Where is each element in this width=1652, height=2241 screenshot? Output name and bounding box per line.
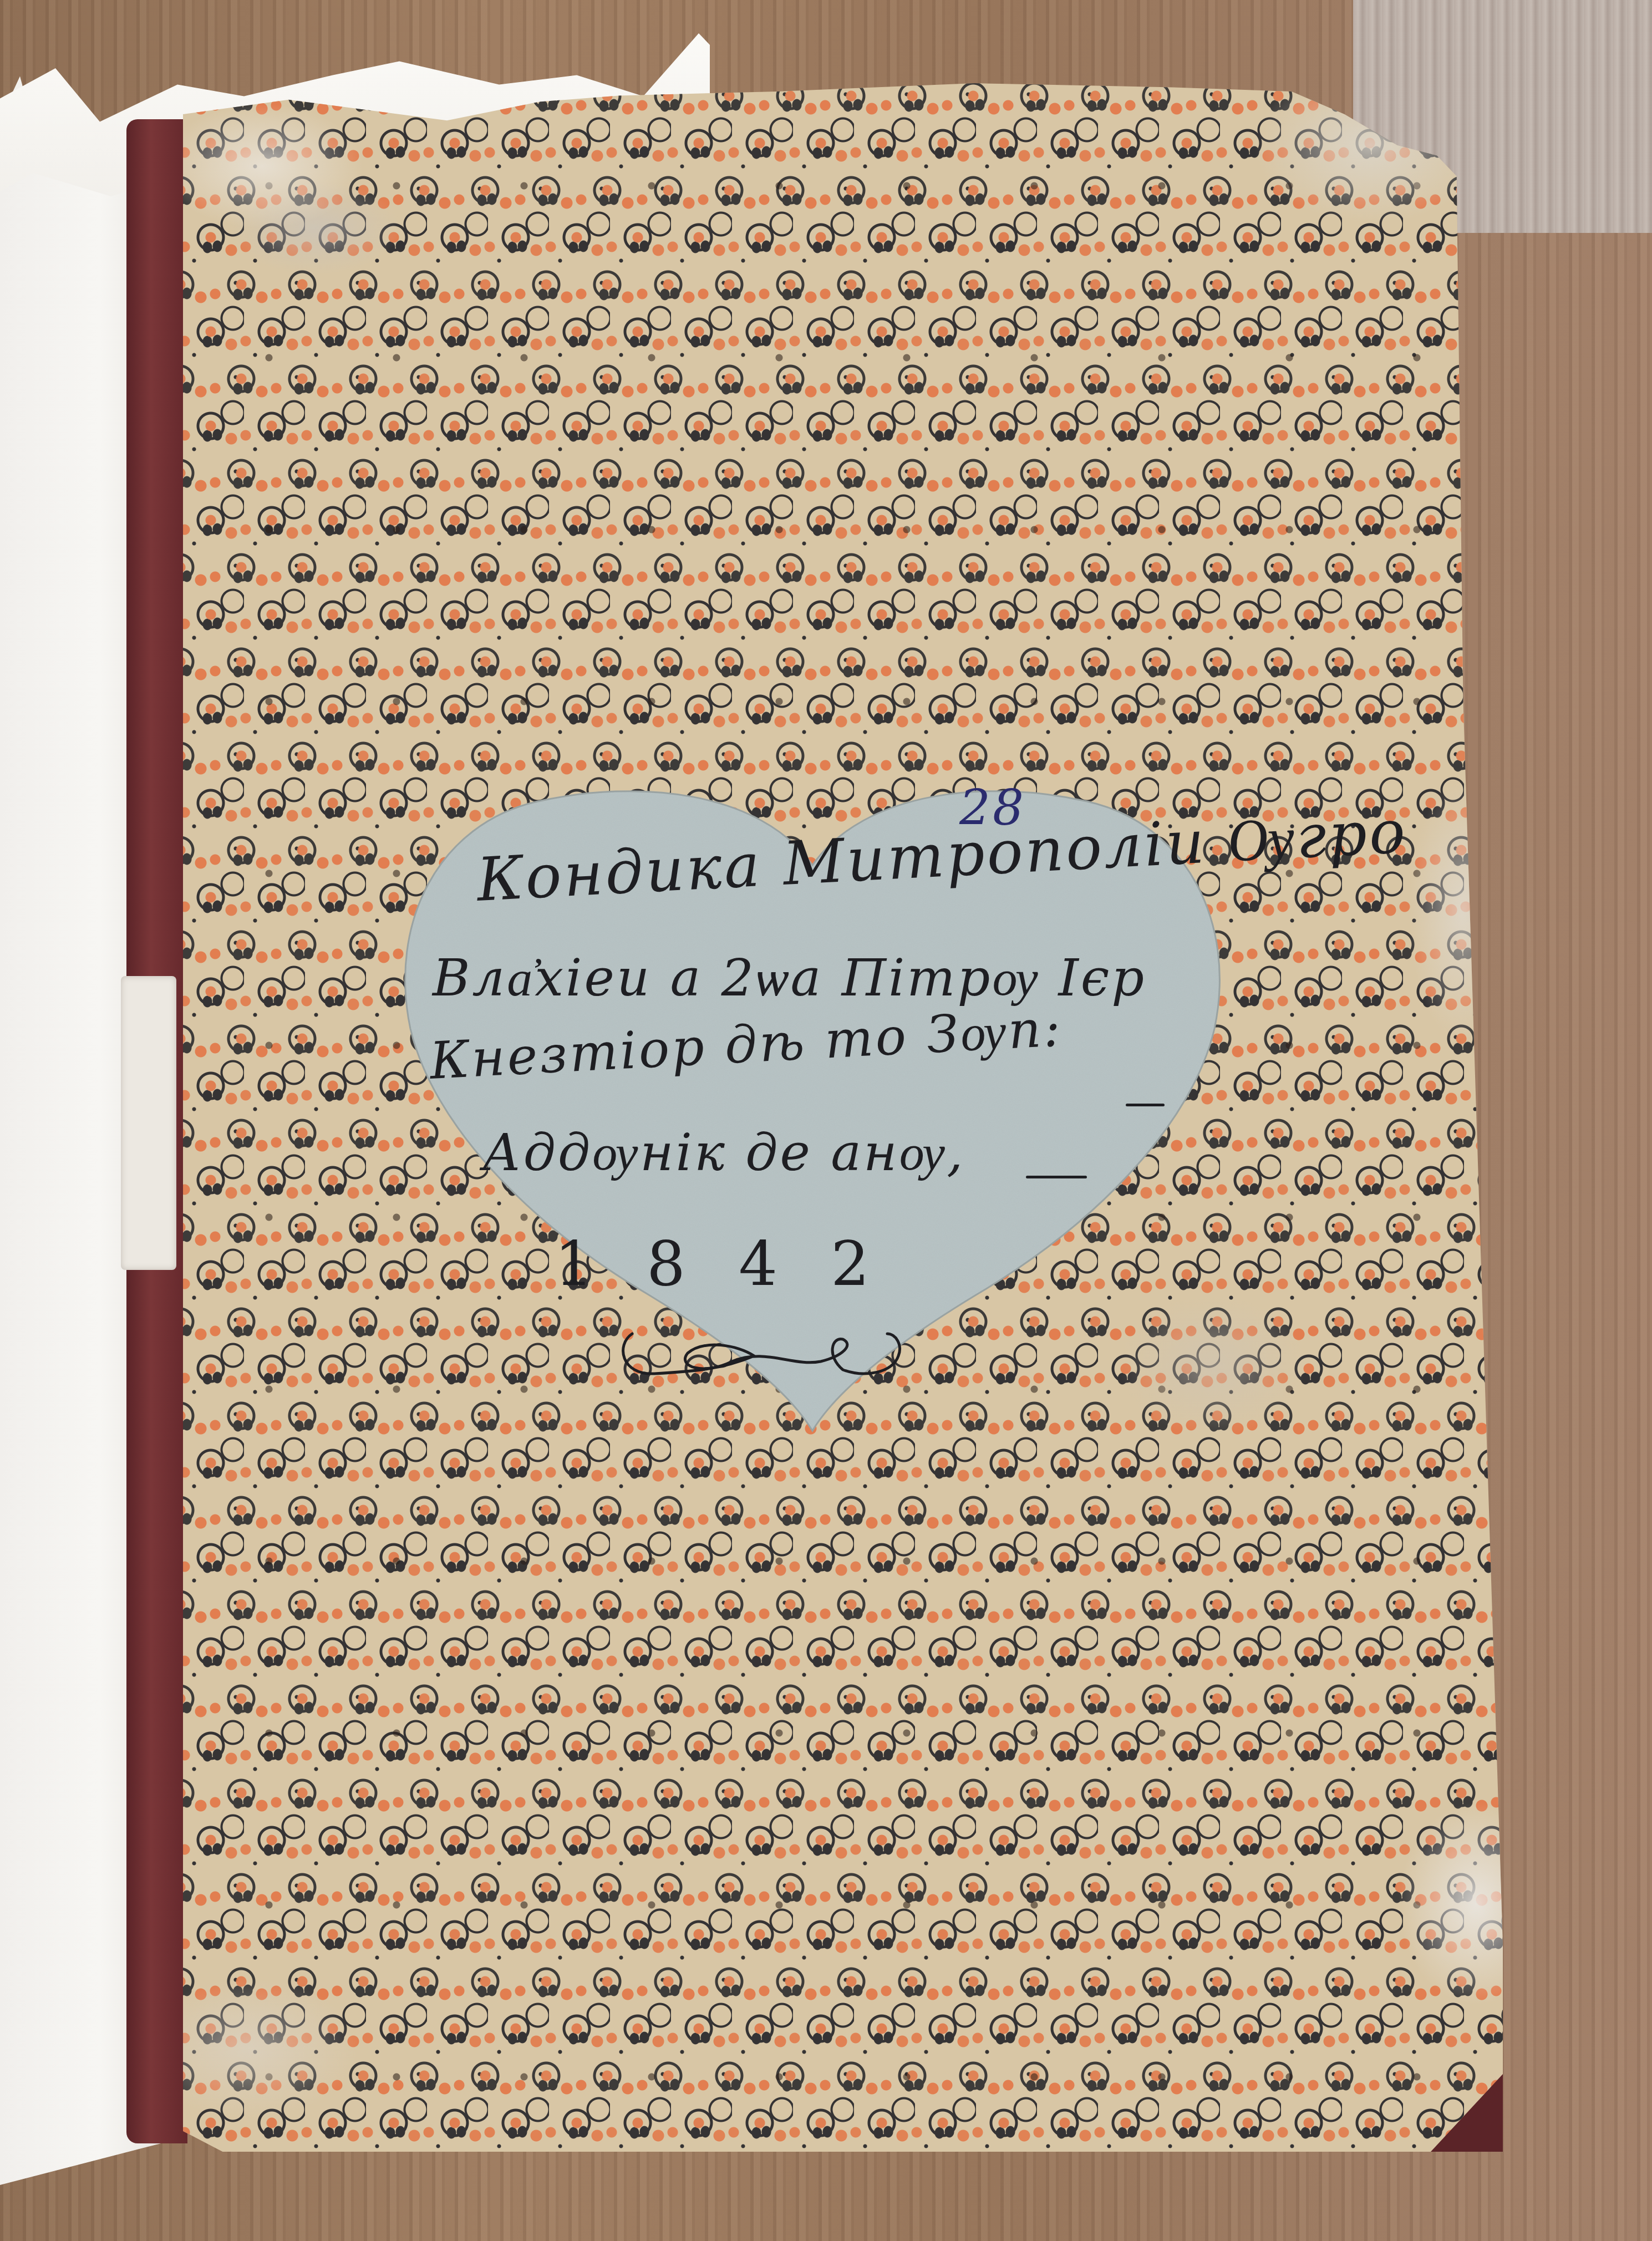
label-line-3: Кнезтіор дѣ то Зѹп:: [428, 998, 1064, 1091]
heart-label: 28 Кондика Митрополіи Ѹгро Вла҆хіеи а 2ѡ…: [399, 768, 1226, 1434]
dash-rule: [1026, 1176, 1087, 1178]
label-line-2: Вла҆хіеи а 2ѡа Пітрѹ Ієр: [433, 948, 1146, 1008]
dash-rule: [1126, 1104, 1165, 1106]
label-line-4: Аддѹнік де анѹ,: [482, 1123, 965, 1182]
label-handwriting: 28 Кондика Митрополіи Ѹгро Вла҆хіеи а 2ѡ…: [399, 768, 1226, 1434]
label-year: 1842: [555, 1228, 923, 1299]
signature-flourish-icon: [610, 1323, 909, 1384]
spine-repair-patch: [121, 976, 176, 1270]
